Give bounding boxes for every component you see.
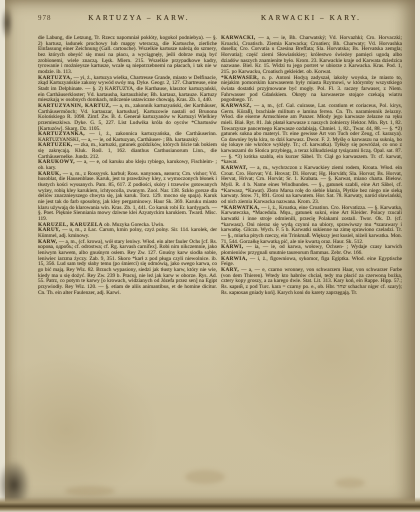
dictionary-entry: KARY, — a, — e, czarno wronney, von schw… xyxy=(221,268,402,296)
ink-mark-top-left xyxy=(1,6,13,40)
scanned-book-page: 978 KARTUZYA – KARW. KARWACKI – KARY. di… xyxy=(0,0,420,512)
text-column-right: KARWACKI, — a, — ie, Bh. Charwatský; Vd.… xyxy=(221,36,402,296)
entry-headword: KARTUZYA, xyxy=(38,75,72,81)
foxing-spot xyxy=(65,486,115,496)
entry-headword: KARWACKI, xyxy=(221,35,256,41)
entry-headword: KARW, xyxy=(38,239,57,245)
entry-headword: KARWAT, xyxy=(221,165,248,171)
foxing-spot xyxy=(335,478,365,488)
entry-headword: KARUY, xyxy=(38,227,60,233)
dictionary-entry: KARWI, — ia, — ie, od karwa, wołowy, Och… xyxy=(221,245,402,256)
dictionary-entry: KARTUZEK, — zka, m., kartuzki, gatunek g… xyxy=(38,143,217,160)
dictionary-entry: KARWASZ, — a, m., (cf. Gal. cuirasse, La… xyxy=(221,104,402,166)
entry-headword: KARTUZYANKA, xyxy=(38,131,85,137)
text-column-left: die Labung, die Letzung, Tr. Rzecz napom… xyxy=(38,36,217,296)
entry-headword: KARTUZYANIN, KARTUZ, xyxy=(38,103,111,109)
entry-headword: *KARWASER, xyxy=(221,75,259,81)
page-number: 978 xyxy=(38,14,52,22)
dictionary-entry: die Labung, die Letzung, Tr. Rzecz napom… xyxy=(38,36,217,76)
dictionary-entry: KARUY, — u, m., z Łac. Carum, kmin polny… xyxy=(38,228,217,239)
entry-headword: KARWI, xyxy=(221,244,243,250)
dictionary-entry: *KARWASER, n. p. Antoni Hodyą zadyszał, … xyxy=(221,76,402,104)
dictionary-entry: KARW, — a, m., (cf. krowa), wół stary le… xyxy=(38,240,217,297)
running-head-right: KARWACKI – KARY. xyxy=(221,14,401,22)
dictionary-entry: KARUK, — u, m., z Rossyysk. karbuł; Ross… xyxy=(38,172,217,223)
paper-sheet: 978 KARTUZYA – KARW. KARWACKI – KARY. di… xyxy=(5,0,415,505)
entry-headword: *KARWATKA, xyxy=(221,205,260,211)
dictionary-entry: KARTUZYA, — yi, ż., kartuzya wielka, Cha… xyxy=(38,76,217,104)
entry-headword: KARUK, xyxy=(38,171,61,177)
running-head-left: KARTUZYA – KARW. xyxy=(63,14,215,22)
dictionary-entry: KARWACKI, — a, — ie, Bh. Charwatský; Vd.… xyxy=(221,36,402,76)
entry-headword: KARWASZ, xyxy=(221,103,252,109)
dictionary-entry: KARTUZYANIN, KARTUZ, — a, m., zakonnik k… xyxy=(38,104,217,132)
entry-headword: KARUKOWY, xyxy=(38,159,75,165)
entry-headword: KARTUZEK, xyxy=(38,142,73,148)
dictionary-entry: KARWAT, — a, m., wychrzczon z Karwackiey… xyxy=(221,166,402,206)
entry-headword: KARY, xyxy=(221,267,239,273)
entry-headword: KARWIA, xyxy=(221,256,248,262)
page-bottom-edge-shadow xyxy=(0,497,420,512)
foxing-spot xyxy=(185,470,225,484)
dictionary-entry: *KARWATKA, — i, ż., Kroatka, eine Croati… xyxy=(221,206,402,246)
